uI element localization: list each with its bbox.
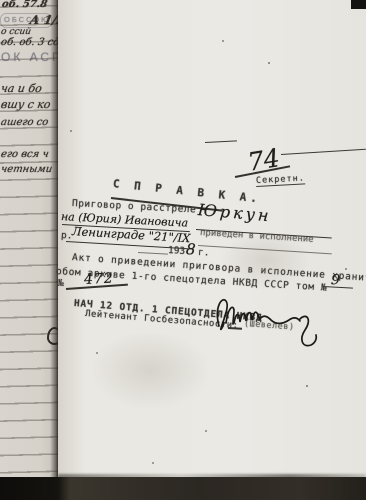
- year-suffix-typed: г.: [198, 247, 210, 259]
- paper-stain: [90, 330, 210, 410]
- scan-speck: [268, 62, 270, 64]
- scan-speck: [345, 268, 347, 270]
- sheet-prefix-typed: №: [58, 278, 64, 289]
- handwriting-fragment: об. 57.8: [1, 0, 48, 10]
- scan-corner-artifact: [351, 0, 366, 9]
- handwriting-fragment: о ссий: [0, 27, 32, 37]
- certificate-page: [58, 0, 366, 500]
- handwriting-fragment: ашего со: [0, 117, 49, 128]
- scan-speck: [152, 462, 154, 464]
- year-typed: 193: [168, 245, 186, 257]
- scan-bottom-shadow: [0, 477, 366, 500]
- handwriting-fragment: вшу с ко: [0, 98, 52, 111]
- handwriting-fragment: четными: [0, 164, 53, 175]
- scan-speck: [70, 130, 72, 132]
- handwriting-fragment: его вся ч: [0, 149, 50, 160]
- document-scan: об. 57.8 ОБССОЮ А 1/2 о ссий об. об. 3 с…: [0, 0, 366, 500]
- scan-speck: [306, 385, 308, 387]
- scan-speck: [205, 430, 207, 432]
- handwriting-fragment: ча и бо: [0, 82, 43, 95]
- paper-stain: [220, 230, 310, 290]
- year-digit-handwritten: 8: [185, 240, 196, 259]
- scan-speck: [222, 40, 224, 42]
